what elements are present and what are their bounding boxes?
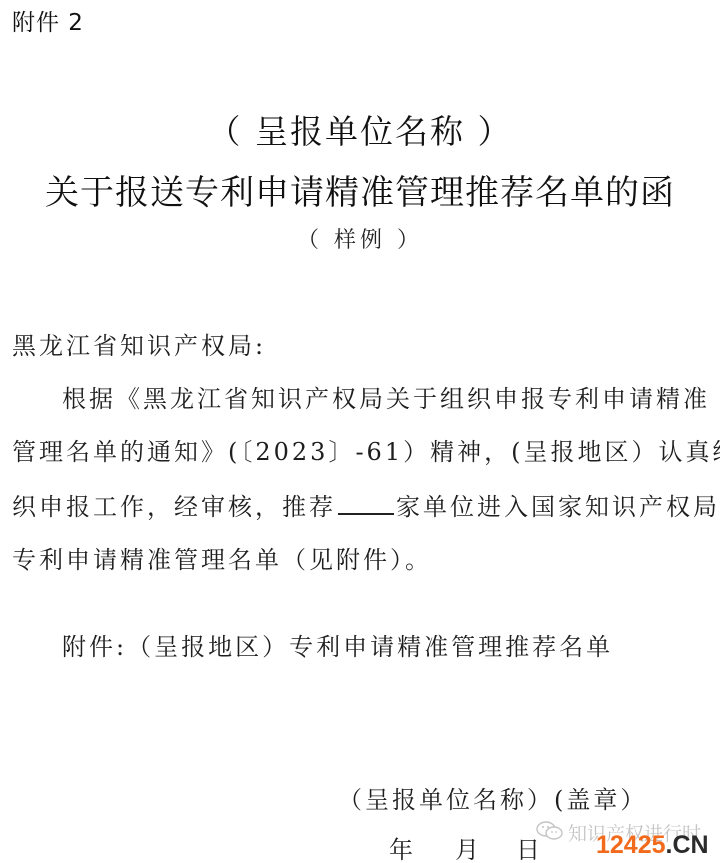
body-line-1: 根据《黑龙江省知识产权局关于组织申报专利申请精准 [62,379,710,414]
logo-domain: .CN [666,831,709,859]
title-submitting-unit: （ 呈报单位名称 ） [0,106,720,153]
page-title: 关于报送专利申请精准管理推荐名单的函 [0,165,720,214]
wechat-icon [536,821,564,841]
watermark: 知识产权进行时 12425.CN [536,817,720,863]
fill-in-blank-count [338,491,394,515]
body-line-3-start: 织申报工作，经审核，推荐 [12,493,336,521]
attachment-reference: 附件:（呈报地区）专利申请精准管理推荐名单 [62,627,613,662]
date-month: 月 [455,830,482,863]
body-line-3: 织申报工作，经审核，推荐家单位进入国家知识产权局 [12,487,720,522]
salutation: 黑龙江省知识产权局: [12,326,266,361]
site-logo: 12425.CN [596,831,709,860]
body-line-3-end: 家单位进入国家知识产权局 [396,493,720,521]
logo-number: 12425 [596,831,666,859]
attachment-number-label: 附件 2 [12,4,84,37]
body-line-4: 专利申请精准管理名单（见附件）。 [12,540,432,575]
date-year: 年 [389,830,416,863]
title-sample-note: （ 样例 ） [0,223,720,254]
document-page: 附件 2 （ 呈报单位名称 ） 关于报送专利申请精准管理推荐名单的函 （ 样例 … [0,0,720,863]
signature-block: （呈报单位名称）(盖章） [338,780,647,815]
body-line-2: 管理名单的通知》(〔2023〕-61）精神，(呈报地区）认真组 [12,432,720,467]
